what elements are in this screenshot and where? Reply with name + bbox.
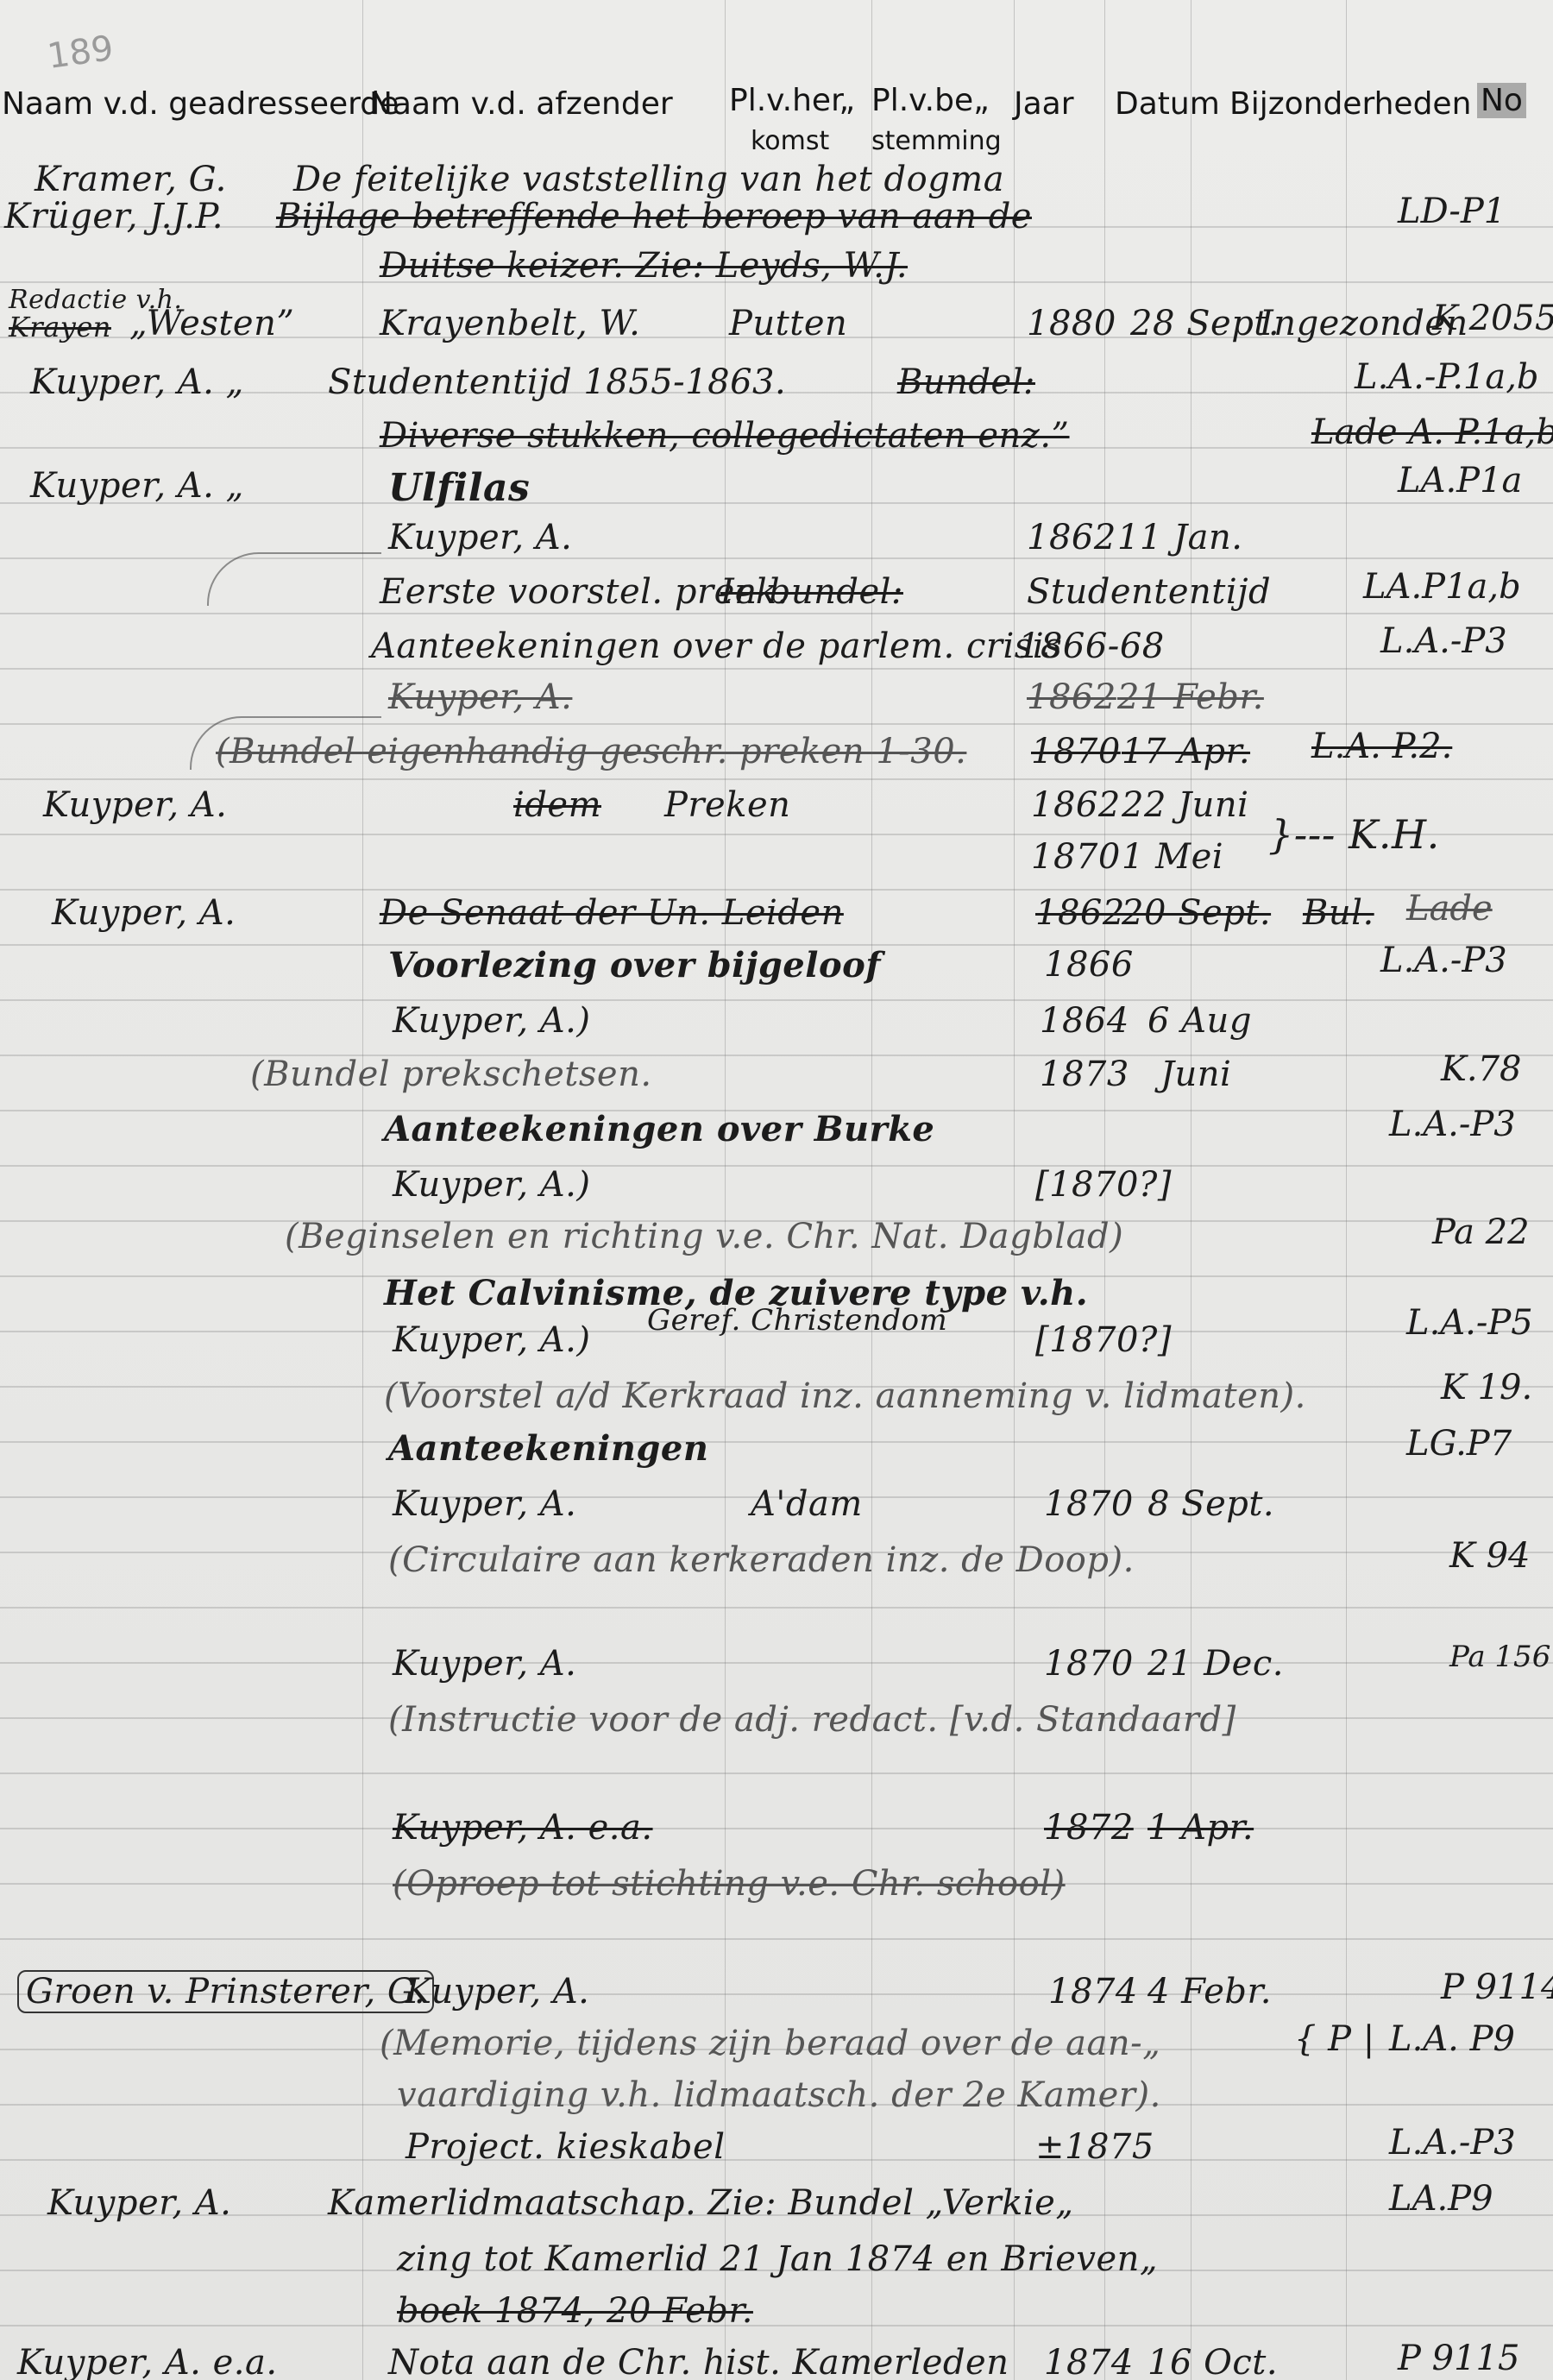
entry-sender: Kuyper, A.: [406, 1972, 589, 2012]
entry-year: 1866: [1044, 945, 1134, 985]
entry-ref: LA.P1a: [1398, 461, 1522, 501]
entry-ref: L.A.-P.1a,b: [1355, 357, 1539, 397]
entry-ref: LA.P9: [1389, 2179, 1493, 2219]
entry-sender: Kuyper, A.): [393, 1165, 591, 1205]
entry-description-struck: idem: [513, 785, 601, 825]
entry-addressee: Kuyper, A.: [47, 2183, 231, 2223]
entry-description: Kamerlidmaatschap. Zie: Bundel „Verkie„: [328, 2183, 1074, 2223]
column-divider: [362, 0, 363, 2380]
entry-description: boek 1874, 20 Febr.: [397, 2291, 753, 2331]
entry-description: De Senaat der Un. Leiden: [380, 893, 844, 933]
entry-description: Diverse stukken, collegedictaten enz.”: [380, 416, 1070, 456]
entry-year: 1866-68: [1018, 626, 1165, 666]
entry-details: }--- K.H.: [1268, 811, 1440, 858]
entry-ref: L.A.-P5: [1406, 1303, 1533, 1343]
entry-year: 1870: [1044, 1644, 1134, 1684]
entry-description: Nota aan de Chr. hist. Kamerleden: [388, 2343, 1009, 2380]
entry-addressee-boxed: Groen v. Prinsterer, G.: [17, 1970, 434, 2013]
entry-year: 1874: [1044, 2343, 1134, 2380]
bracket-curve: [207, 552, 381, 606]
entry-year: 1874: [1048, 1972, 1138, 2012]
entry-description: (Circulaire aan kerkeraden inz. de Doop)…: [388, 1540, 1135, 1580]
entry-year: [1870?]: [1035, 1320, 1172, 1360]
entry-date: 16 Oct.: [1147, 2343, 1278, 2380]
entry-addressee: Kuyper, A.: [43, 785, 227, 825]
entry-ref: P 9115: [1398, 2339, 1519, 2378]
entry-ref: Pa 156: [1449, 1640, 1550, 1674]
column-divider: [1191, 0, 1191, 2380]
entry-sender: Krayenbelt, W.: [380, 304, 640, 343]
entry-year: 1864: [1040, 1001, 1129, 1041]
entry-addressee: Kuyper, A. „: [30, 466, 244, 506]
entry-sender: Kuyper, A.): [393, 1001, 591, 1041]
entry-date: 8 Sept.: [1147, 1484, 1274, 1524]
entry-date: 1 Mei: [1122, 837, 1223, 877]
entry-description: Bijlage betreffende het beroep van aan d…: [276, 197, 1032, 236]
entry-sender: Kuyper, A.: [393, 1484, 576, 1524]
entry-ref: K.78: [1441, 1049, 1522, 1089]
entry-description: (Bundel eigenhandig geschr. preken 1-30.: [216, 732, 966, 771]
entry-description: vaardiging v.h. lidmaatsch. der 2e Kamer…: [397, 2075, 1161, 2115]
entry-year: 1862: [1035, 893, 1125, 933]
entry-year: 1873: [1040, 1055, 1129, 1094]
entry-date: 6 Aug: [1147, 1001, 1252, 1041]
entry-description-struck: In bundel:: [720, 572, 903, 612]
entry-addressee: Kuyper, A. „: [30, 362, 244, 402]
header-place-origin-sub: komst: [751, 126, 829, 156]
entry-description: Voorlezing over bijgeloof: [388, 945, 881, 985]
entry-sender: Kuyper, A.: [393, 1644, 576, 1684]
entry-description: (Memorie, tijdens zijn beraad over de aa…: [380, 2024, 1160, 2063]
entry-description: Aanteekeningen over de parlem. crisis: [371, 626, 1062, 666]
header-sender: Naam v.d. afzender: [369, 86, 673, 122]
entry-year: 1880: [1027, 304, 1116, 343]
entry-date: 4 Febr.: [1147, 1972, 1272, 2012]
header-number-label: No: [1477, 83, 1526, 118]
entry-ref: L.A.-P3: [1389, 1105, 1516, 1144]
entry-ref: LA.P1a,b: [1363, 567, 1521, 607]
entry-description: Project. kieskabel: [406, 2127, 725, 2167]
entry-addressee: Krüger, J.J.P.: [4, 197, 223, 236]
entry-date: 21 Dec.: [1147, 1644, 1284, 1684]
header-number: No: [1477, 83, 1526, 118]
entry-description: (Bundel prekschetsen.: [250, 1055, 652, 1094]
header-addressee: Naam v.d. geadresseerde: [2, 86, 399, 122]
entry-year: 1870: [1031, 837, 1121, 877]
entry-place: Putten: [729, 304, 847, 343]
entry-date: 20 Sept.: [1122, 893, 1271, 933]
entry-addressee-quote: „Westen”: [129, 304, 294, 343]
entry-ref: Lade: [1406, 889, 1493, 929]
entry-description: Duitse keizer. Zie: Leyds, W.J.: [380, 246, 908, 286]
header-details: Bijzonderheden: [1229, 86, 1471, 122]
entry-date: 28 Sept.: [1130, 304, 1279, 343]
entry-addressee: Kuyper, A.: [52, 893, 236, 933]
entry-place: A'dam: [751, 1484, 863, 1524]
entry-date: Juni: [1160, 1055, 1231, 1094]
entry-date: 11 Jan.: [1117, 518, 1242, 557]
entry-ref: L.A.-P3: [1380, 941, 1507, 980]
entry-ref: L.A. P.2.: [1311, 727, 1452, 766]
entry-ref-text: K 2055: [1432, 299, 1553, 338]
entry-details: Bul.: [1303, 893, 1374, 933]
entry-year: Studententijd: [1027, 572, 1271, 612]
entry-ref: K 94: [1449, 1536, 1531, 1576]
entry-description: (Voorstel a/d Kerkraad inz. aanneming v.…: [384, 1376, 1306, 1416]
entry-date: 1 Apr.: [1147, 1808, 1254, 1848]
entry-addressee: Groen v. Prinsterer, G.: [17, 1972, 434, 2012]
entry-description: Studententijd 1855-1863.: [328, 362, 786, 402]
entry-year: 1870: [1044, 1484, 1134, 1524]
entry-addressee: Kramer, G.: [35, 160, 227, 199]
entry-sender: Kuyper, A.: [388, 677, 572, 717]
entry-details: { P |: [1294, 2019, 1375, 2059]
entry-year: 1862: [1031, 785, 1121, 825]
entry-description: Aanteekeningen: [388, 1428, 708, 1469]
entry-ref: K 2055: [1432, 299, 1553, 338]
entry-year: 1862: [1027, 518, 1116, 557]
entry-ref: Lade A. P.1a,b: [1311, 412, 1553, 452]
entry-description: zing tot Kamerlid 21 Jan 1874 en Brieven…: [397, 2239, 1158, 2279]
entry-sender: Kuyper, A.: [388, 518, 572, 557]
entry-ref: P 9114: [1441, 1968, 1553, 2007]
entry-year: 1872: [1044, 1808, 1134, 1848]
header-place-destination: Pl.v.be„: [871, 83, 990, 118]
entry-year: [1870?]: [1035, 1165, 1172, 1205]
entry-ref: K 19.: [1441, 1368, 1532, 1407]
entry-description: De feitelijke vaststelling van het dogma: [293, 160, 1004, 199]
entry-date: 22 Juni: [1122, 785, 1248, 825]
entry-ref: L.A.-P3: [1389, 2123, 1516, 2163]
entry-sender-note: Geref. Christendom: [647, 1303, 947, 1338]
entry-year: 1862: [1027, 677, 1116, 717]
entry-date: 17 Apr.: [1122, 732, 1250, 771]
entry-addressee: Kuyper, A. e.a.: [17, 2343, 278, 2380]
entry-description: (Oproep tot stichting v.e. Chr. school): [393, 1864, 1066, 1904]
header-date: Datum: [1115, 86, 1220, 122]
entry-description-struck: Bundel:: [897, 362, 1035, 402]
entry-date: 21 Febr.: [1117, 677, 1264, 717]
header-place-destination-sub: stemming: [871, 126, 1002, 156]
entry-sender: Kuyper, A.): [393, 1320, 591, 1360]
entry-description: (Beginselen en richting v.e. Chr. Nat. D…: [285, 1217, 1123, 1256]
entry-year: 1870: [1031, 732, 1121, 771]
entry-ref: LD-P1: [1398, 192, 1506, 231]
entry-ref: L.A.-P3: [1380, 621, 1507, 661]
header-place-origin: Pl.v.her„: [729, 83, 855, 118]
entry-description: Aanteekeningen over Burke: [384, 1109, 934, 1149]
entry-description: Ulfilas: [388, 466, 530, 510]
entry-description: Preken: [664, 785, 790, 825]
entry-year: ±1875: [1035, 2127, 1154, 2167]
entry-description: (Instructie voor de adj. redact. [v.d. S…: [388, 1700, 1236, 1740]
entry-sender: Kuyper, A. e.a.: [393, 1808, 653, 1848]
entry-ref: Pa 22: [1432, 1212, 1530, 1252]
header-year: Jaar: [1014, 86, 1074, 122]
entry-ref: LG.P7: [1406, 1424, 1512, 1464]
entry-ref: L.A. P9: [1389, 2019, 1515, 2059]
entry-addressee-struck: Krayen: [9, 311, 111, 343]
